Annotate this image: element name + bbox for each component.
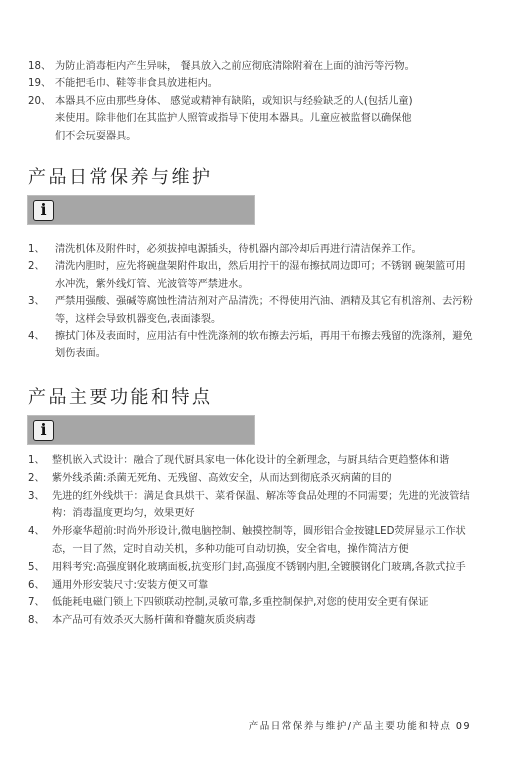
list-item: 20、本器具不应由那些身体、 感觉或精神有缺陷，或知识与经验缺乏的人(包括儿童)… — [28, 93, 415, 145]
list-item: 18、为防止消毒柜内产生异味， 餐具放入之前应彻底清除附着在上面的油污等污物。 — [28, 58, 488, 75]
section-heading-maintenance: 产品日常保养与维护 — [28, 163, 213, 189]
list-item: 19、不能把毛巾、鞋等非食具放进柜内。 — [28, 75, 488, 92]
list-item: 5、用料考究:高强度钢化玻璃面板,抗变形门封,高强度不锈钢内胆,全镀膜钢化门玻璃… — [28, 559, 478, 577]
info-icon: i — [33, 200, 54, 221]
list-item: 7、低能耗电磁门锁上下四锁联动控制,灵敏可靠,多重控制保护,对您的使用安全更有保… — [28, 594, 478, 612]
section-heading-features: 产品主要功能和特点 — [28, 383, 213, 409]
list-item: 6、通用外形安装尺寸:安装方便又可靠 — [28, 577, 478, 595]
page-footer: 产品日常保养与维护/产品主要功能和特点 09 — [249, 718, 471, 732]
list-item: 4、外形豪华超前:时尚外形设计,微电脑控制、触摸控制等，圆形铝合金按键LED荧屏… — [28, 523, 478, 559]
features-list: 1、整机嵌入式设计：融合了现代厨具家电一体化设计的全新理念，与厨具结合更趋整体和… — [28, 452, 478, 630]
list-item: 4、擦拭门体及表面时，应用沾有中性洗涤剂的软布擦去污垢，再用干布擦去残留的洗涤剂… — [28, 328, 473, 363]
info-bar: i — [27, 195, 255, 225]
info-bar: i — [27, 415, 255, 445]
list-item: 2、紫外线杀菌:杀菌无死角、无残留、高效安全，从而达到彻底杀灭病菌的目的 — [28, 470, 478, 488]
list-item: 1、整机嵌入式设计：融合了现代厨具家电一体化设计的全新理念，与厨具结合更趋整体和… — [28, 452, 478, 470]
safety-list: 18、为防止消毒柜内产生异味， 餐具放入之前应彻底清除附着在上面的油污等污物。 … — [28, 58, 488, 145]
info-icon: i — [33, 420, 54, 441]
list-item: 1、清洗机体及附件时，必须拔掉电源插头，待机器内部冷却后再进行清洁保养工作。 — [28, 241, 473, 258]
list-item: 3、严禁用强酸、强碱等腐蚀性清洁剂对产品清洗；不得使用汽油、酒精及其它有机溶剂、… — [28, 293, 473, 328]
maintenance-list: 1、清洗机体及附件时，必须拔掉电源插头，待机器内部冷却后再进行清洁保养工作。 2… — [28, 241, 473, 363]
list-item: 2、清洗内胆时，应先将碗盘架附件取出，然后用拧干的湿布擦拭周边即可；不锈钢 碗架… — [28, 258, 473, 293]
list-item: 8、本产品可有效杀灭大肠杆菌和脊髓灰质炎病毒 — [28, 612, 478, 630]
list-item: 3、先进的红外线烘干：满足食具烘干、菜肴保温、解冻等食品处理的不同需要；先进的光… — [28, 488, 478, 524]
